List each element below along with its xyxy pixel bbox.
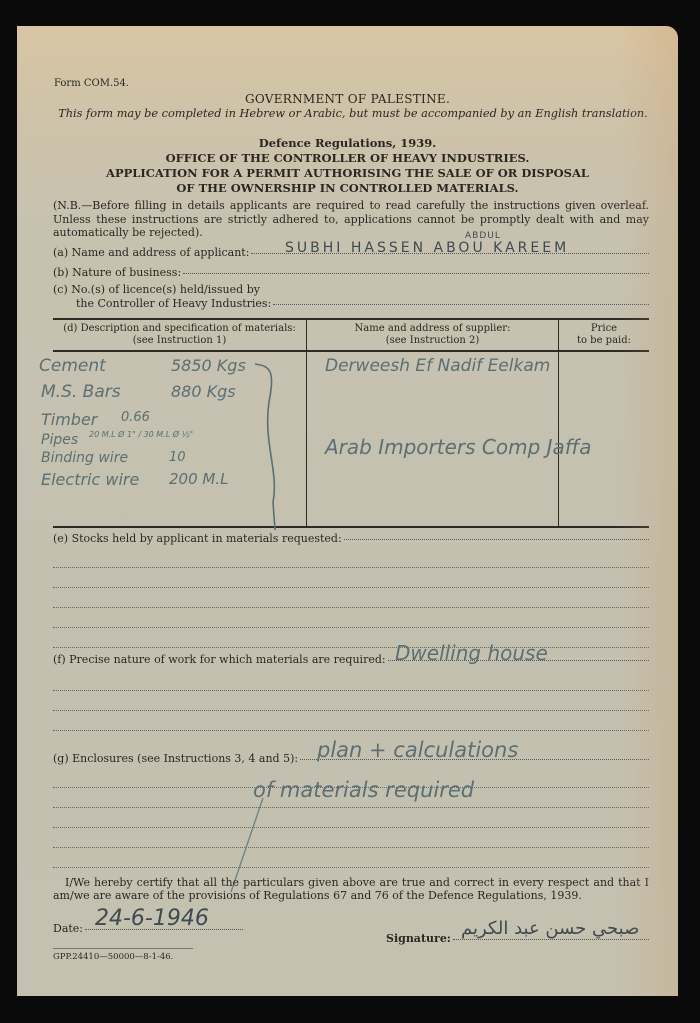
materials-table: (d) Description and specification of mat… [53,318,649,528]
blank-dotted-line[interactable] [53,709,649,711]
field-e-label: (e) Stocks held by applicant in material… [53,532,342,545]
signature-label: Signature: [386,932,451,945]
supplier-name: Arab Importers Comp Jaffa [325,435,591,459]
form-title-line2: OF THE OWNERSHIP IN CONTROLLED MATERIALS… [17,181,678,195]
field-g-handwritten-value-line2: of materials required [253,778,474,802]
blank-dotted-line[interactable] [53,626,649,628]
field-f-label: (f) Precise nature of work for which mat… [53,653,386,666]
price-cell[interactable] [559,352,649,524]
blank-dotted-line[interactable] [53,866,649,868]
header-price: Price to be paid: [559,323,649,347]
material-item: M.S. Bars [41,382,121,402]
field-g-handwritten-value-line1: plan + calculations [317,738,518,762]
language-note: This form may be completed in Hebrew or … [53,107,653,121]
date-label: Date: [53,922,83,935]
material-item: Pipes [41,432,78,448]
blank-dotted-line[interactable] [53,729,649,731]
field-f-work[interactable]: (f) Precise nature of work for which mat… [53,653,649,666]
field-f-handwritten-value: Dwelling house [395,641,548,665]
date-handwritten-value: 24-6-1946 [95,906,209,931]
material-qty: 20 M.L Ø 1" / 30 M.L Ø ½" [89,430,193,439]
nb-instructions-note: (N.B.—Before filling in details applican… [53,199,649,240]
field-c-label-line2: the Controller of Heavy Industries: [76,297,271,310]
material-qty: 880 Kgs [171,382,236,401]
material-qty: 0.66 [121,410,150,425]
field-a-label: (a) Name and address of applicant: [53,246,249,259]
field-c-dotted-line [273,303,649,305]
field-b-dotted-line [183,272,649,274]
blank-dotted-line[interactable] [53,826,649,828]
field-c-label-line1: (c) No.(s) of licence(s) held/issued by [53,283,260,296]
material-item: Cement [39,356,106,376]
field-a-correction: ABDUL [465,231,501,241]
field-g-label: (g) Enclosures (see Instructions 3, 4 an… [53,752,298,765]
material-item: Binding wire [41,450,128,466]
supplier-name: Derweesh Ef Nadif Eelkam [325,356,550,376]
blank-dotted-line[interactable] [53,846,649,848]
office-heading: OFFICE OF THE CONTROLLER OF HEAVY INDUST… [17,151,678,165]
government-heading: GOVERNMENT OF PALESTINE. [17,92,678,106]
bracket-stroke [253,362,293,532]
field-e-stocks[interactable]: (e) Stocks held by applicant in material… [53,532,649,545]
blank-dotted-line[interactable] [53,606,649,608]
material-item: Electric wire [41,470,139,489]
form-number: Form COM.54. [54,78,129,89]
header-supplier: Name and address of supplier: (see Instr… [307,323,558,347]
signature-handwritten: صبحي حسن عبد الكريم [461,918,639,939]
header-description: (d) Description and specification of mat… [53,323,306,347]
blank-dotted-line[interactable] [53,689,649,691]
blank-dotted-line[interactable] [53,806,649,808]
form-title-line1: APPLICATION FOR A PERMIT AUTHORISING THE… [17,166,678,180]
blank-dotted-line[interactable] [53,566,649,568]
blank-dotted-line[interactable] [53,646,649,648]
blank-dotted-line[interactable] [53,586,649,588]
material-qty: 10 [169,450,186,465]
form-paper: Form COM.54. GOVERNMENT OF PALESTINE. Th… [17,26,678,996]
field-b-business[interactable]: (b) Nature of business: [53,266,649,279]
field-e-dotted-line [344,538,649,540]
material-qty: 200 M.L [169,470,228,488]
print-code: GPP.24410—50000—8-1-46. [53,952,173,962]
field-a-handwritten-value: SUBHI HASSEN ABOU KAREEM [285,240,569,256]
certification-statement: I/We hereby certify that all the particu… [53,876,649,902]
regulations-heading: Defence Regulations, 1939. [17,136,678,150]
material-qty: 5850 Kgs [171,356,246,375]
field-c-label-line1-row: (c) No.(s) of licence(s) held/issued by [53,283,649,296]
material-item: Timber [41,410,97,429]
footer-rule [53,948,193,949]
field-c-licences[interactable]: the Controller of Heavy Industries: [76,297,649,310]
field-b-label: (b) Nature of business: [53,266,181,279]
